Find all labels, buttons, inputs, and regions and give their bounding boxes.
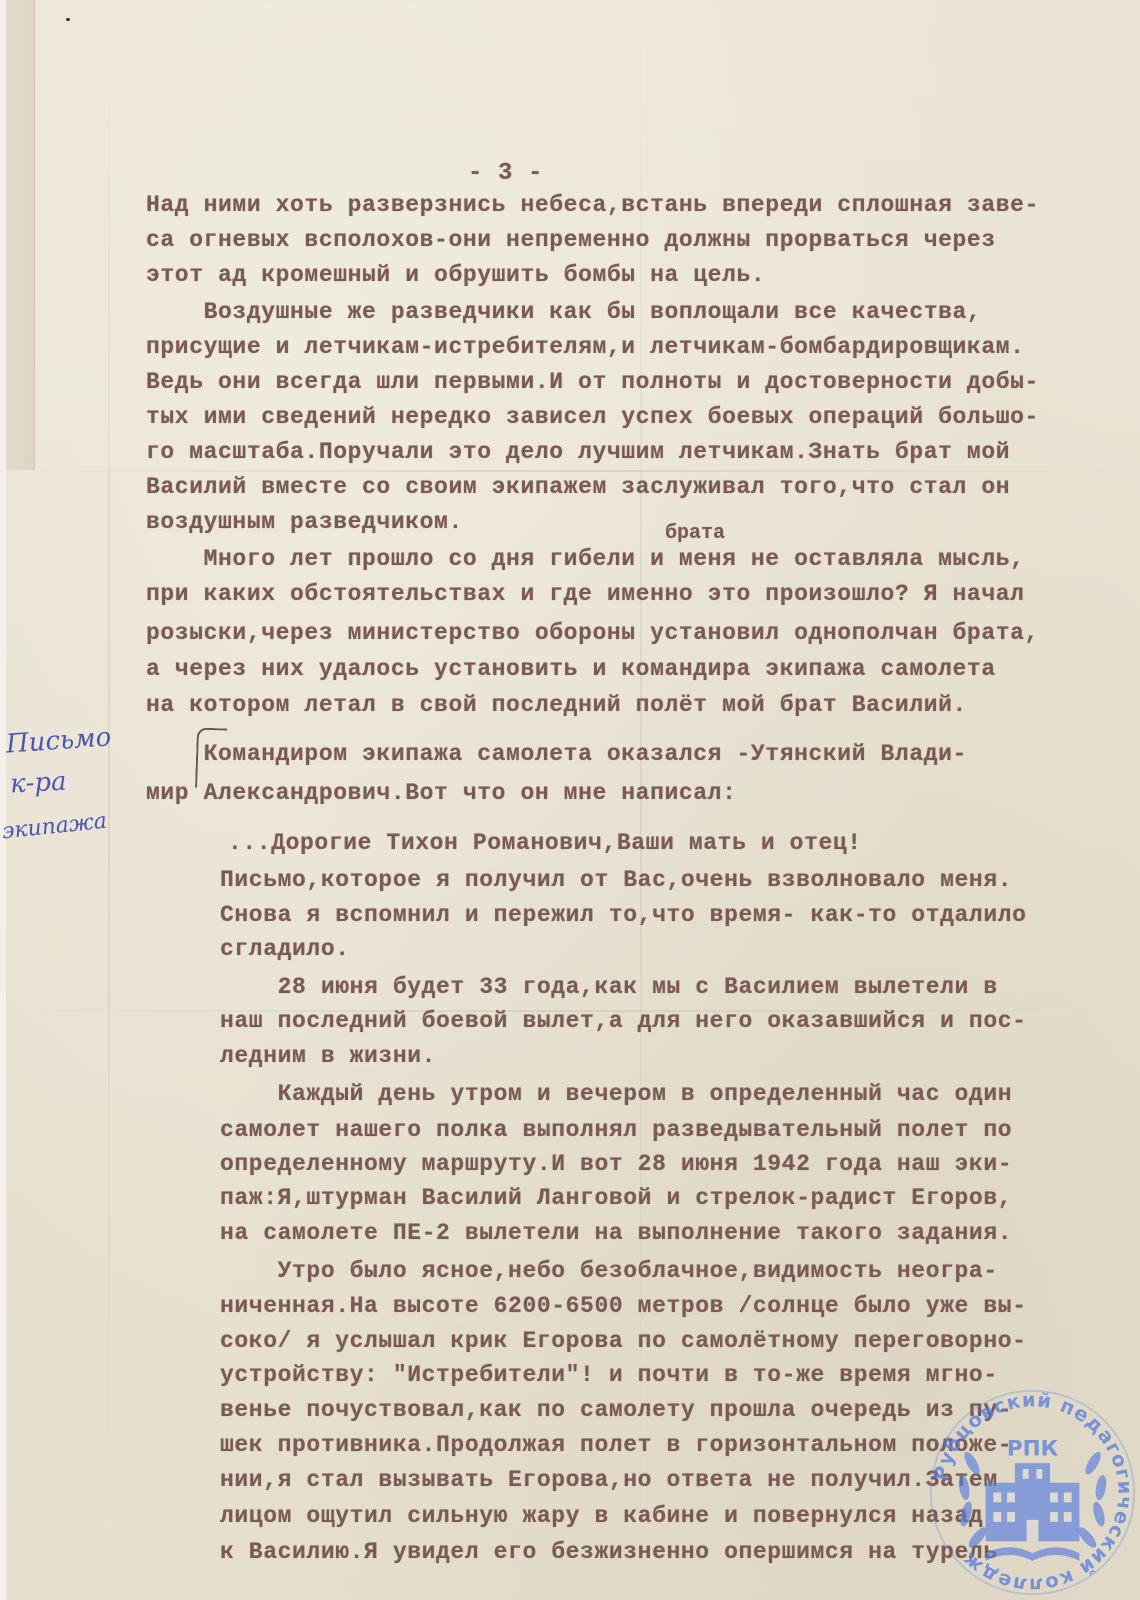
margin-note-line: экипажа	[1, 811, 108, 844]
text-line: этот ад кромешный и обрушить бомбы на це…	[146, 264, 765, 287]
text-line: лицом ощутил сильную жару в кабине и пов…	[220, 1505, 983, 1528]
text-line: самолет нашего полка выполнял разведыват…	[220, 1119, 1012, 1142]
text-line: а через них удалось установить и команди…	[146, 658, 996, 681]
text-line: шек противника.Продолжая полет в горизон…	[220, 1434, 1012, 1457]
text-line: на самолете ПЕ-2 вылетели на выполнение …	[220, 1222, 1012, 1245]
text-line: к Василию.Я увидел его безжизненно оперш…	[220, 1541, 998, 1564]
text-line: мир Александрович.Вот что он мне написал…	[146, 782, 737, 805]
text-line: Каждый день утром и вечером в определенн…	[220, 1083, 1012, 1106]
text-line: ледним в жизни.	[220, 1045, 436, 1068]
page-number: - 3 -	[468, 162, 543, 186]
text-line: Командиром экипажа самолета оказался -Ут…	[146, 743, 967, 766]
paper-speck	[66, 18, 70, 21]
text-line: нии,я стал вызывать Егорова,но ответа не…	[220, 1469, 998, 1492]
handwritten-insert-word: брата	[665, 522, 725, 545]
fold-crease	[0, 470, 1140, 472]
text-line: сгладило.	[220, 938, 350, 961]
text-line: устройству: "Истребители"! и почти в то-…	[220, 1364, 998, 1387]
text-line: 28 июня будет 33 года,как мы с Василием …	[220, 976, 998, 999]
svg-text:РПК: РПК	[1007, 1436, 1059, 1461]
text-line: определенному маршруту.И вот 28 июня 194…	[220, 1153, 1012, 1176]
stamp-seal-icon: Рубцовский педагогический колледж РПК	[925, 1385, 1140, 1600]
text-line: го масштаба.Поручали это дело лучшим лет…	[146, 441, 1010, 464]
text-line: Над ними хоть разверзнись небеса,встань …	[146, 194, 1039, 217]
text-line: Ведь они всегда шли первыми.И от полноты…	[146, 371, 1039, 394]
text-line: присущие и летчикам-истребителям,и летчи…	[146, 336, 1025, 359]
text-line: паж:Я,штурман Василий Ланговой и стрелок…	[220, 1187, 1012, 1210]
college-stamp: Рубцовский педагогический колледж РПК	[925, 1385, 1140, 1600]
margin-note-line: к-ра	[9, 769, 67, 798]
text-line: са огневых всполохов-они непременно долж…	[146, 229, 996, 252]
text-line: тых ими сведений нередко зависел успех б…	[146, 406, 1039, 429]
text-line: Снова я вспомнил и пережил то,что время-…	[220, 904, 1027, 927]
text-line: при каких обстоятельствах и где именно э…	[146, 583, 1025, 606]
text-line: ...Дорогие Тихон Романович,Ваши мать и о…	[228, 832, 862, 855]
text-line: воздушным разведчиком.	[146, 511, 463, 534]
margin-note-line: Письмо	[5, 724, 112, 757]
text-line: соко/ я услышал крик Егорова по самолётн…	[220, 1330, 1027, 1353]
text-line: Воздушные же разведчики как бы воплощали…	[146, 301, 981, 324]
text-line: Письмо,которое я получил от Вас,очень вз…	[220, 869, 1012, 892]
text-line: на котором летал в свой последний полёт …	[146, 694, 967, 717]
text-line: розыски,через министерство обороны устан…	[146, 622, 1039, 645]
text-line: Василий вместе со своим экипажем заслужи…	[146, 476, 1010, 499]
text-line: ниченная.На высоте 6200-6500 метров /сол…	[220, 1295, 1027, 1318]
text-line: венье почуствовал,как по самолету прошла…	[220, 1399, 1012, 1422]
document-page: - 3 - брата Над ними хоть разверзнись не…	[0, 0, 1140, 1600]
text-line: Много лет прошло со дня гибели и меня не…	[146, 548, 1025, 571]
fold-crease	[108, 0, 110, 1600]
text-line: наш последний боевой вылет,а для него ок…	[220, 1010, 1027, 1033]
text-line: Утро было ясное,небо безоблачное,видимос…	[220, 1260, 998, 1283]
paper-fold-strip	[6, 0, 35, 470]
